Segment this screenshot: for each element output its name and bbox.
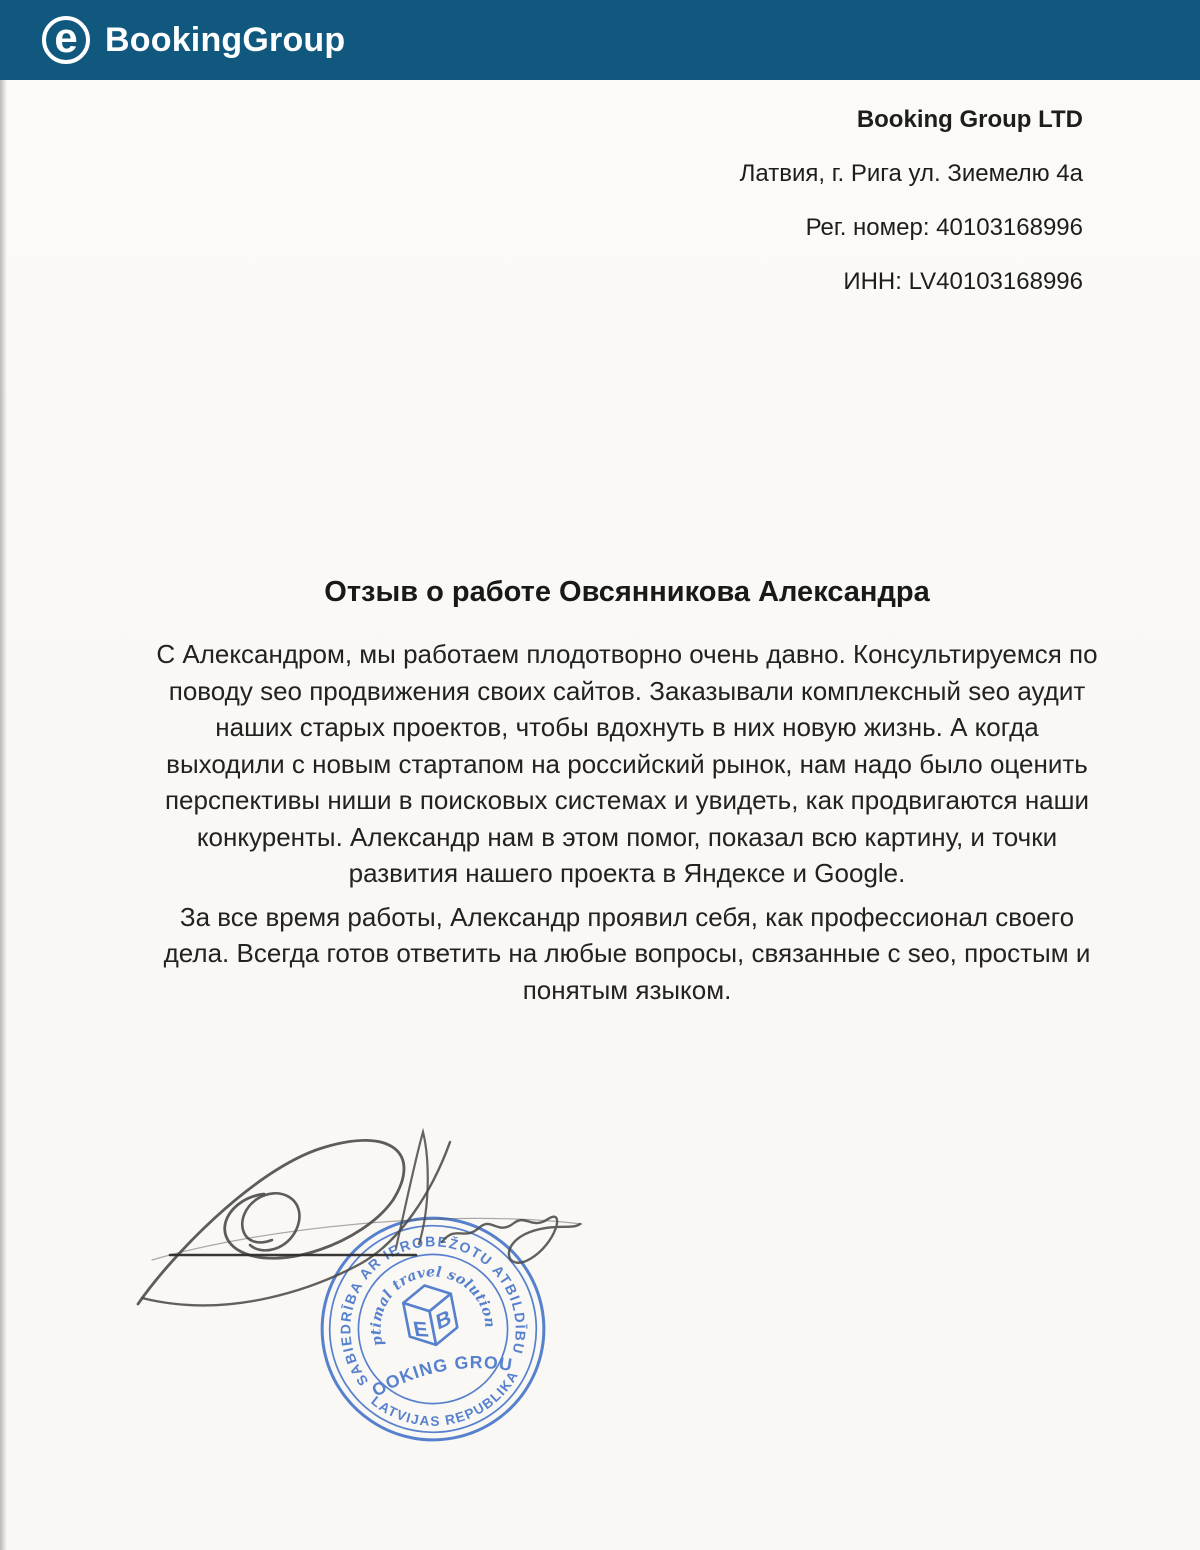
signature-stroke [442, 1217, 580, 1263]
company-address: Латвия, г. Рига ул. Зиемелю 4а [740, 147, 1083, 201]
signature-stroke [242, 1193, 299, 1250]
letter-body: Отзыв о работе Овсянникова Александра С … [152, 570, 1102, 1008]
letter-paragraph-2: За все время работы, Александр проявил с… [152, 899, 1102, 1009]
letter-title: Отзыв о работе Овсянникова Александра [152, 570, 1102, 614]
company-reg-number: Рег. номер: 40103168996 [740, 201, 1083, 255]
letter-line: поводу seo продвижения своих сайтов. Зак… [152, 673, 1102, 710]
brand-name: BookingGroup [105, 21, 345, 60]
letter-line: конкуренты. Александр нам в этом помог, … [152, 819, 1102, 856]
letter-line: развития нашего проекта в Яндексе и Goog… [152, 855, 1102, 892]
signature-stroke [138, 1140, 404, 1304]
letter-line: понятым языком. [152, 972, 1102, 1009]
letter-line: За все время работы, Александр проявил с… [152, 899, 1102, 936]
letter-line: С Александром, мы работаем плодотворно о… [152, 636, 1102, 673]
letter-line: перспективы ниши в поисковых системах и … [152, 782, 1102, 819]
signature-image [110, 1112, 610, 1332]
letter-line: выходили с новым стартапом на российский… [152, 746, 1102, 783]
company-tax-id: ИНН: LV40103168996 [740, 255, 1083, 309]
company-info: Booking Group LTD Латвия, г. Рига ул. Зи… [740, 93, 1083, 309]
letter-paragraph-1: С Александром, мы работаем плодотворно о… [152, 636, 1102, 892]
header-bar: e BookingGroup [0, 0, 1200, 80]
brand-logo-icon: e [42, 16, 90, 64]
scanned-letter-page: e BookingGroup Booking Group LTD Латвия,… [0, 0, 1200, 1550]
letter-line: наших старых проектов, чтобы вдохнуть в … [152, 709, 1102, 746]
company-name: Booking Group LTD [740, 93, 1083, 147]
letter-line: дела. Всегда готов ответить на любые воп… [152, 935, 1102, 972]
